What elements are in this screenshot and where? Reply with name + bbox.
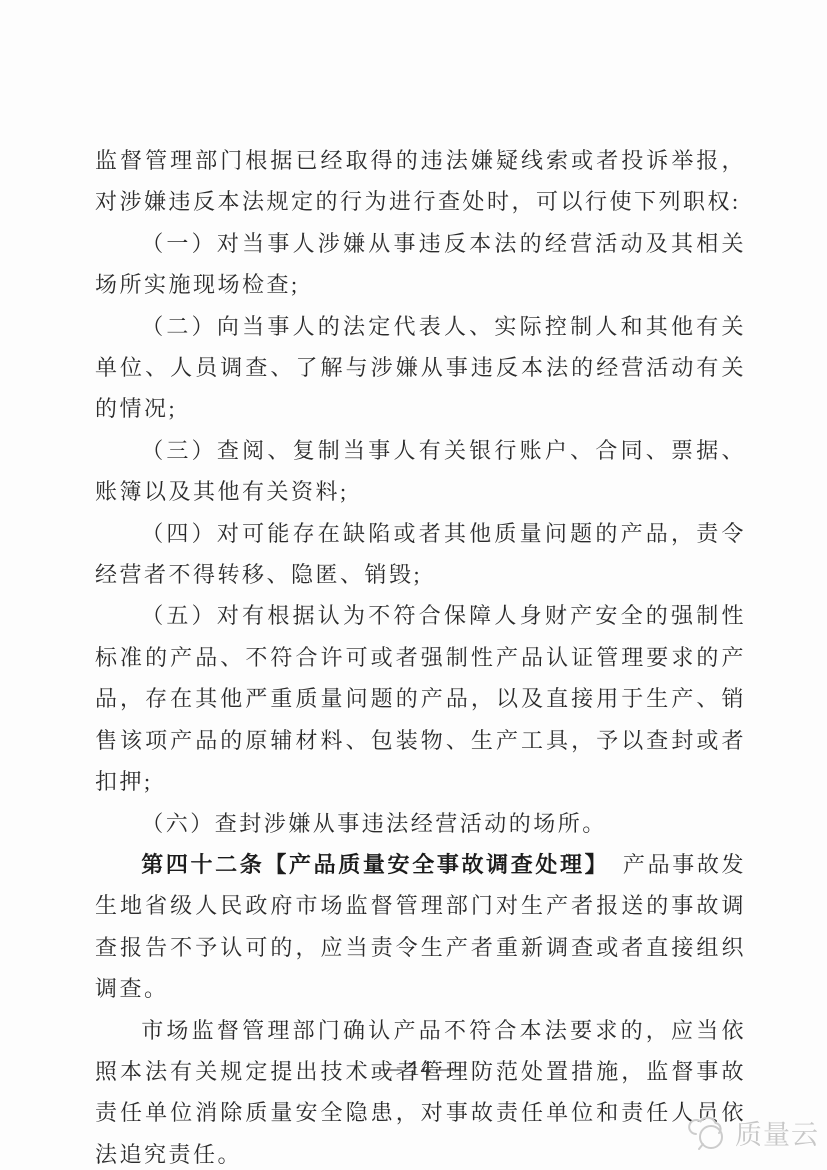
article-42-heading: 第四十二条【产品质量安全事故调查处理】 [141, 852, 598, 877]
list-item-6: （六）查封涉嫌从事违法经营活动的场所。 [95, 803, 746, 844]
publisher-watermark: 质量云 [686, 1110, 819, 1154]
paragraph-continuation: 监督管理部门根据已经取得的违法嫌疑线索或者投诉举报，对涉嫌违反本法规定的行为进行… [95, 140, 746, 223]
list-item-5: （五）对有根据认为不符合保障人身财产安全的强制性标准的产品、不符合许可或者强制性… [95, 595, 746, 802]
list-item-4: （四）对可能存在缺陷或者其他质量问题的产品，责令经营者不得转移、隐匿、销毁; [95, 513, 746, 596]
document-body: 监督管理部门根据已经取得的违法嫌疑线索或者投诉举报，对涉嫌违反本法规定的行为进行… [95, 140, 746, 1170]
scanned-document-page: 监督管理部门根据已经取得的违法嫌疑线索或者投诉举报，对涉嫌违反本法规定的行为进行… [0, 0, 827, 1170]
paragraph-followup: 市场监督管理部门确认产品不符合本法要求的，应当依照本法有关规定提出技术或者管理防… [95, 1010, 746, 1170]
list-item-1: （一）对当事人涉嫌从事违反本法的经营活动及其相关场所实施现场检查; [95, 223, 746, 306]
cloud-magnifier-icon [686, 1110, 730, 1154]
list-item-3: （三）查阅、复制当事人有关银行账户、合同、票据、账簿以及其他有关资料; [95, 430, 746, 513]
article-42-paragraph: 第四十二条【产品质量安全事故调查处理】 产品事故发生地省级人民政府市场监督管理部… [95, 844, 746, 1010]
page-number: — 14 — [95, 1056, 746, 1081]
list-item-2: （二）向当事人的法定代表人、实际控制人和其他有关单位、人员调查、了解与涉嫌从事违… [95, 306, 746, 430]
watermark-label: 质量云 [735, 1113, 819, 1152]
